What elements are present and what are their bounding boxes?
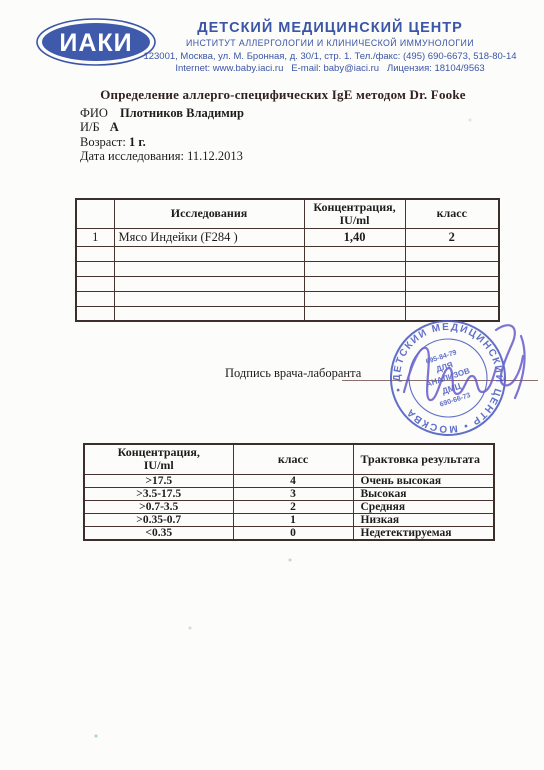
cell	[114, 291, 304, 306]
table-row: >0.7-3.5 2 Средняя	[84, 500, 494, 513]
cell-range: <0.35	[84, 526, 233, 540]
cell	[304, 261, 405, 276]
ib-label: И/Б	[80, 120, 100, 134]
scanned-lab-report: ИАКИ ДЕТСКИЙ МЕДИЦИНСКИЙ ЦЕНТР ИНСТИТУТ …	[0, 0, 544, 770]
header-cell-num	[76, 199, 114, 228]
cell-interpretation: Очень высокая	[353, 474, 494, 487]
header-cell-concentration: Концентрация, IU/ml	[84, 444, 233, 474]
ib-value: А	[110, 120, 119, 134]
org-subtitle: ИНСТИТУТ АЛЛЕРГОЛОГИИ И КЛИНИЧЕСКОЙ ИММУ…	[116, 38, 544, 48]
cell	[405, 246, 499, 261]
cell	[304, 276, 405, 291]
age-value: 1 г.	[129, 135, 146, 149]
clinic-stamp: • ДЕТСКИЙ МЕДИЦИНСКИЙ ЦЕНТР • МОСКВА 695…	[368, 306, 543, 451]
cell-interpretation: Низкая	[353, 513, 494, 526]
table-row: >0.35-0.7 1 Низкая	[84, 513, 494, 526]
cell	[114, 261, 304, 276]
cell-interpretation: Недетектируемая	[353, 526, 494, 540]
cell	[405, 276, 499, 291]
cell-num: 1	[76, 228, 114, 246]
cell-range: >0.35-0.7	[84, 513, 233, 526]
cell-range: >3.5-17.5	[84, 487, 233, 500]
header-cell-study: Исследования	[114, 199, 304, 228]
cell-class: 1	[233, 513, 353, 526]
header-cell-class: класс	[405, 199, 499, 228]
date-label: Дата исследования:	[80, 149, 184, 163]
cell	[114, 306, 304, 321]
document-title: Определение аллерго-специфических IgE ме…	[16, 87, 544, 103]
age-label: Возраст:	[80, 135, 126, 149]
cell-interpretation: Высокая	[353, 487, 494, 500]
patient-age: Возраст: 1 г.	[80, 135, 244, 149]
org-address: 123001, Москва, ул. М. Бронная, д. 30/1,…	[116, 51, 544, 62]
cell	[76, 261, 114, 276]
cell-class: 2	[405, 228, 499, 246]
table-row: >3.5-17.5 3 Высокая	[84, 487, 494, 500]
table-row	[76, 276, 499, 291]
cell	[76, 291, 114, 306]
cell-concentration: 1,40	[304, 228, 405, 246]
patient-fio: ФИОПлотников Владимир	[80, 106, 244, 120]
cell	[76, 246, 114, 261]
cell	[76, 306, 114, 321]
patient-ib: И/БА	[80, 120, 244, 134]
clinic-header: ДЕТСКИЙ МЕДИЦИНСКИЙ ЦЕНТР ИНСТИТУТ АЛЛЕР…	[116, 20, 544, 74]
header-cell-class: класс	[233, 444, 353, 474]
fio-label: ФИО	[80, 106, 108, 120]
cell-study: Мясо Индейки (F284 )	[114, 228, 304, 246]
fio-value: Плотников Владимир	[120, 106, 244, 120]
date-value: 11.12.2013	[187, 149, 243, 163]
cell-range: >17.5	[84, 474, 233, 487]
cell	[76, 276, 114, 291]
cell-class: 3	[233, 487, 353, 500]
study-date: Дата исследования: 11.12.2013	[80, 149, 244, 163]
cell-class: 0	[233, 526, 353, 540]
cell	[114, 246, 304, 261]
table-row: >17.5 4 Очень высокая	[84, 474, 494, 487]
patient-info: ФИОПлотников Владимир И/БА Возраст: 1 г.…	[80, 106, 244, 163]
cell	[405, 261, 499, 276]
table-row	[76, 246, 499, 261]
cell	[304, 246, 405, 261]
results-header-row: Исследования Концентрация, IU/ml класс	[76, 199, 499, 228]
cell-class: 4	[233, 474, 353, 487]
cell-class: 2	[233, 500, 353, 513]
cell	[114, 276, 304, 291]
org-name: ДЕТСКИЙ МЕДИЦИНСКИЙ ЦЕНТР	[116, 20, 544, 36]
signature-label: Подпись врача-лаборанта	[225, 366, 361, 381]
table-row	[76, 291, 499, 306]
cell	[405, 291, 499, 306]
table-row: 1 Мясо Индейки (F284 ) 1,40 2	[76, 228, 499, 246]
interpretation-table: Концентрация, IU/ml класс Трактовка резу…	[83, 443, 495, 541]
header-cell-concentration: Концентрация, IU/ml	[304, 199, 405, 228]
table-row	[76, 261, 499, 276]
results-table: Исследования Концентрация, IU/ml класс 1…	[75, 198, 500, 322]
cell-interpretation: Средняя	[353, 500, 494, 513]
cell	[304, 291, 405, 306]
cell-range: >0.7-3.5	[84, 500, 233, 513]
org-contacts: Internet: www.baby.iaci.ru E-mail: baby@…	[116, 63, 544, 74]
table-row: <0.35 0 Недетектируемая	[84, 526, 494, 540]
